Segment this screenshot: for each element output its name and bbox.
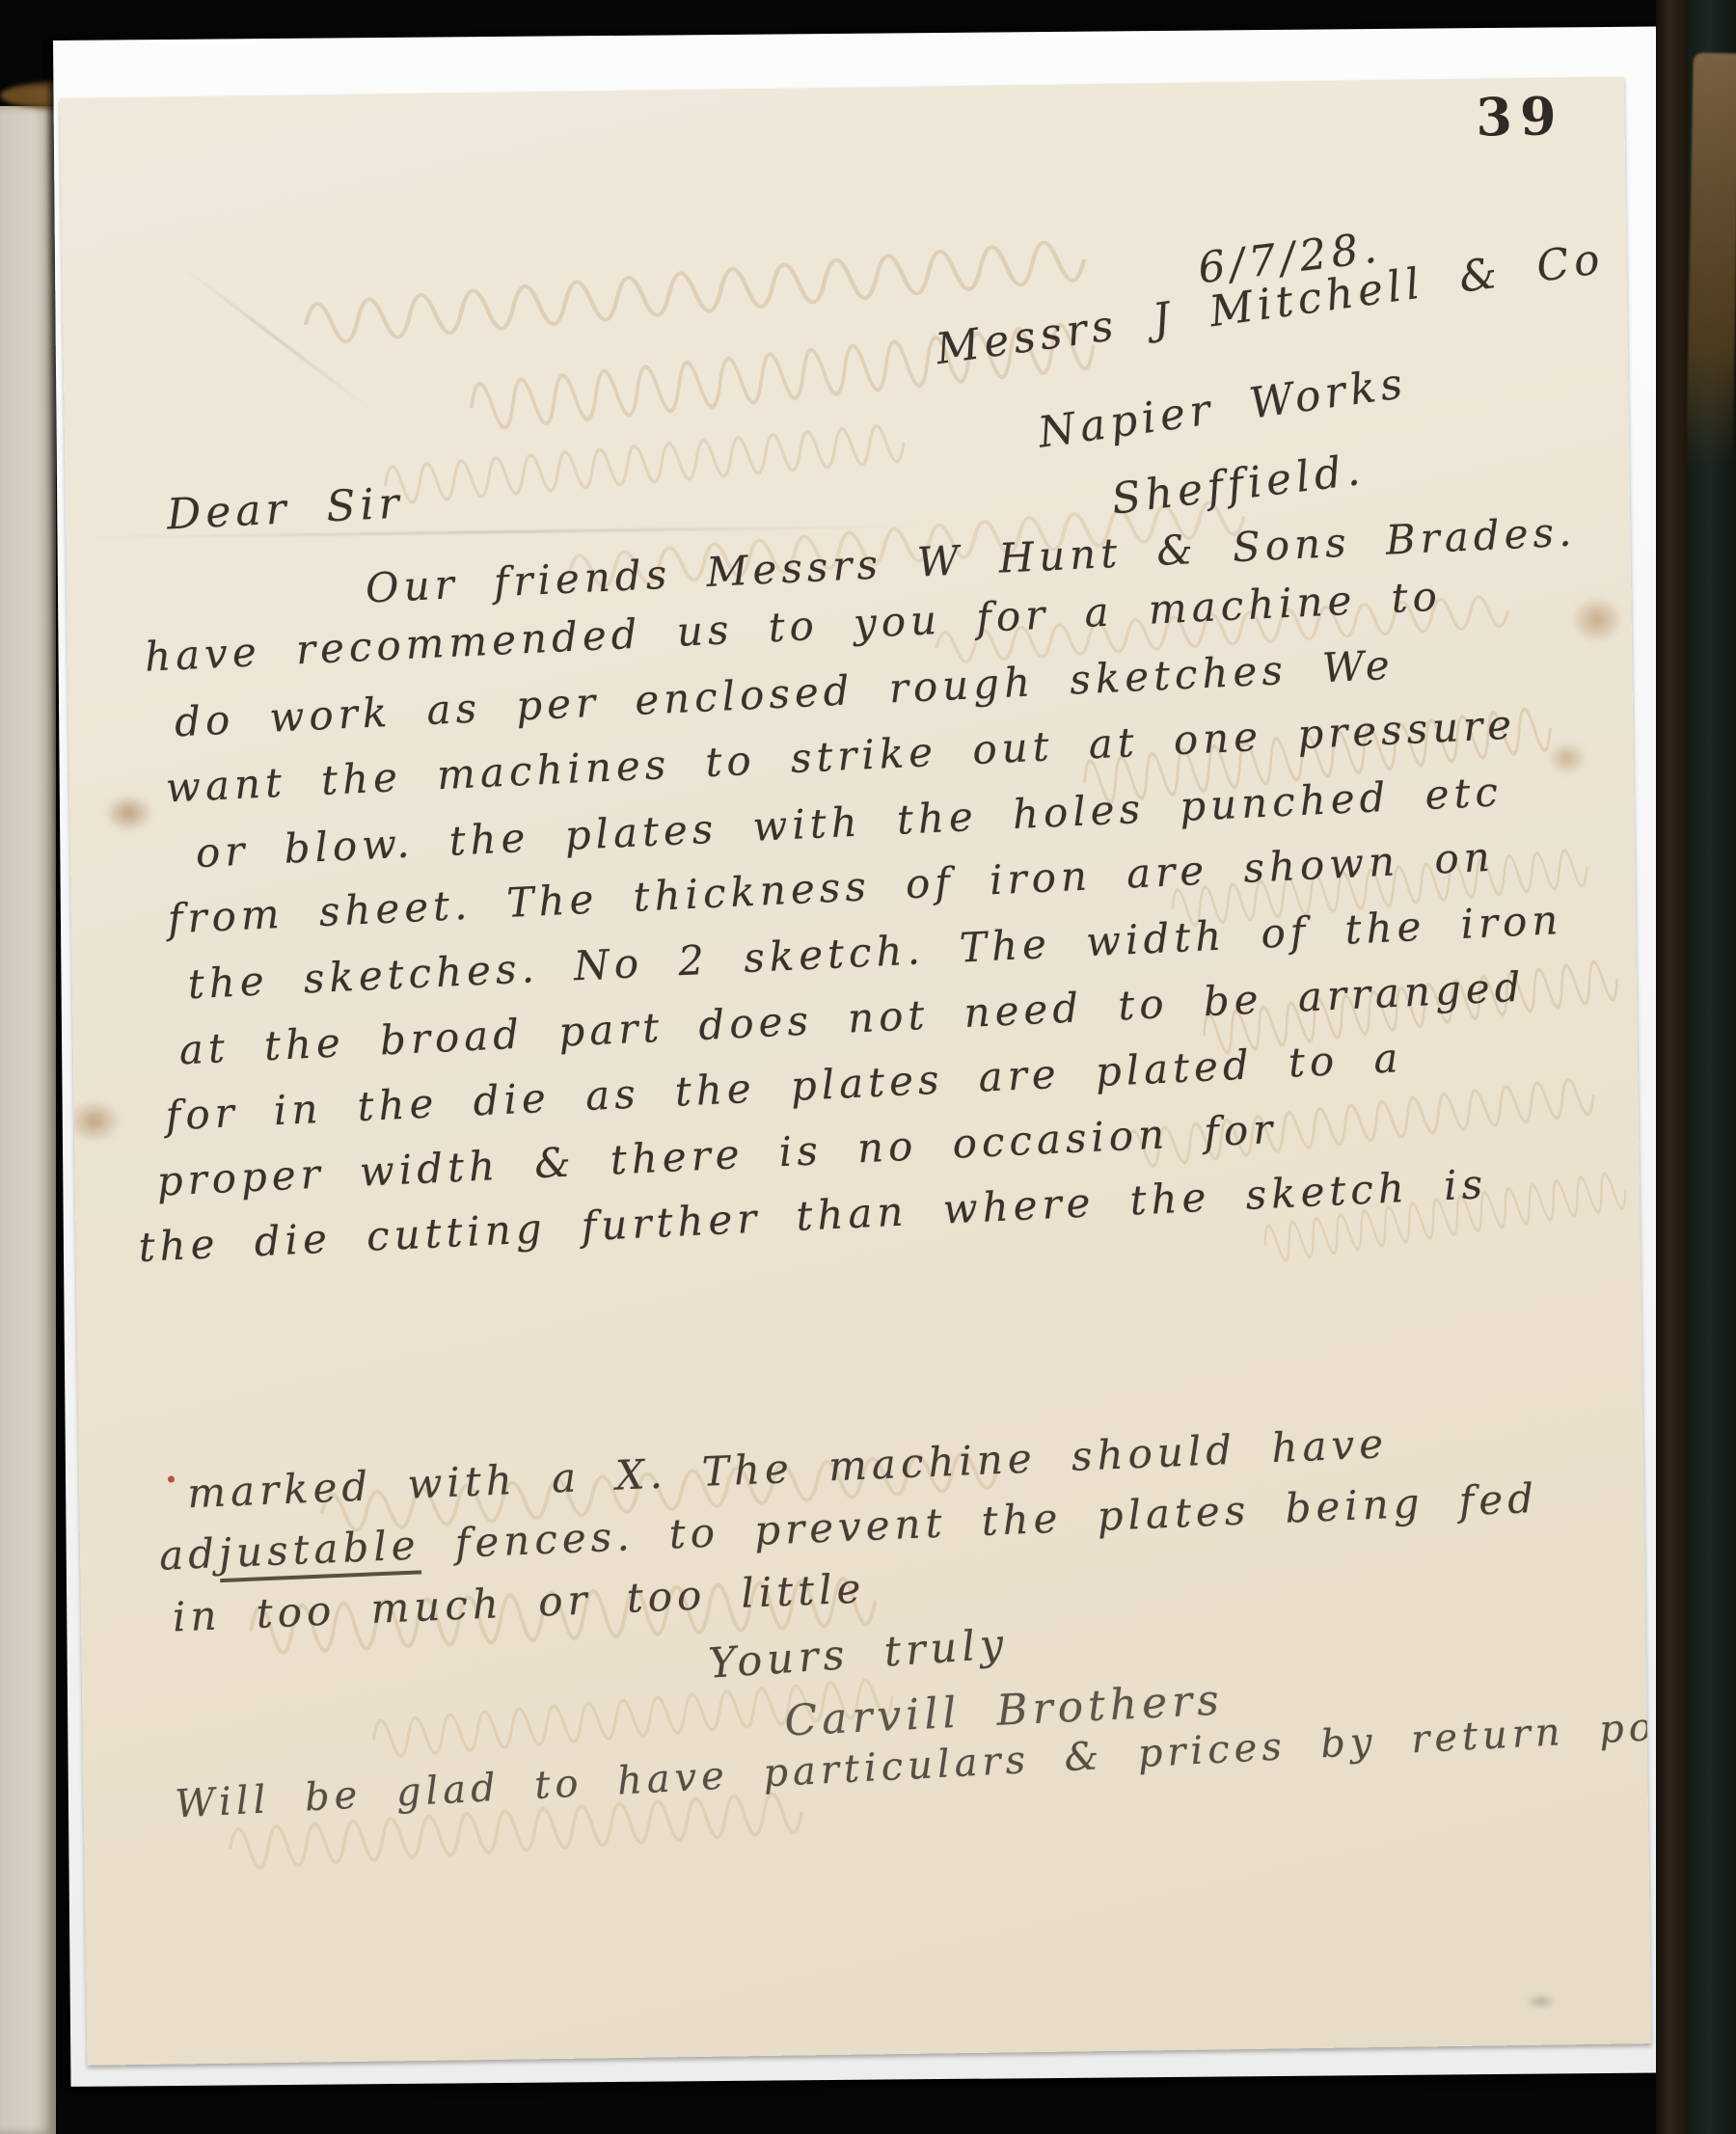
recipient-city: Sheffield. — [1109, 446, 1368, 525]
letter-page: 39 6/7/28. Messrs J Mitchell & Co Napier… — [60, 76, 1651, 2065]
facing-page-edge — [0, 106, 56, 2134]
letterbook-photograph: 39 6/7/28. Messrs J Mitchell & Co Napier… — [0, 0, 1736, 2134]
paper-crease — [178, 264, 371, 412]
torn-page-fragment — [1686, 53, 1736, 469]
foxing-stain — [66, 1098, 122, 1144]
recipient-works: Napier Works — [1035, 359, 1409, 458]
foxing-stain — [103, 794, 154, 833]
underlined-word: justable — [218, 1521, 421, 1582]
pencil-smudge — [1526, 1995, 1557, 2009]
foxing-stain — [1546, 741, 1587, 776]
book-page-block-edge — [1656, 0, 1691, 2134]
page-number: 39 — [1476, 85, 1564, 148]
foxing-stain — [1569, 595, 1624, 644]
closing-valediction: Yours truly — [707, 1620, 1010, 1688]
body-text: ad — [158, 1529, 220, 1580]
salutation: Dear Sir — [166, 479, 405, 540]
red-ink-speck — [168, 1475, 175, 1482]
